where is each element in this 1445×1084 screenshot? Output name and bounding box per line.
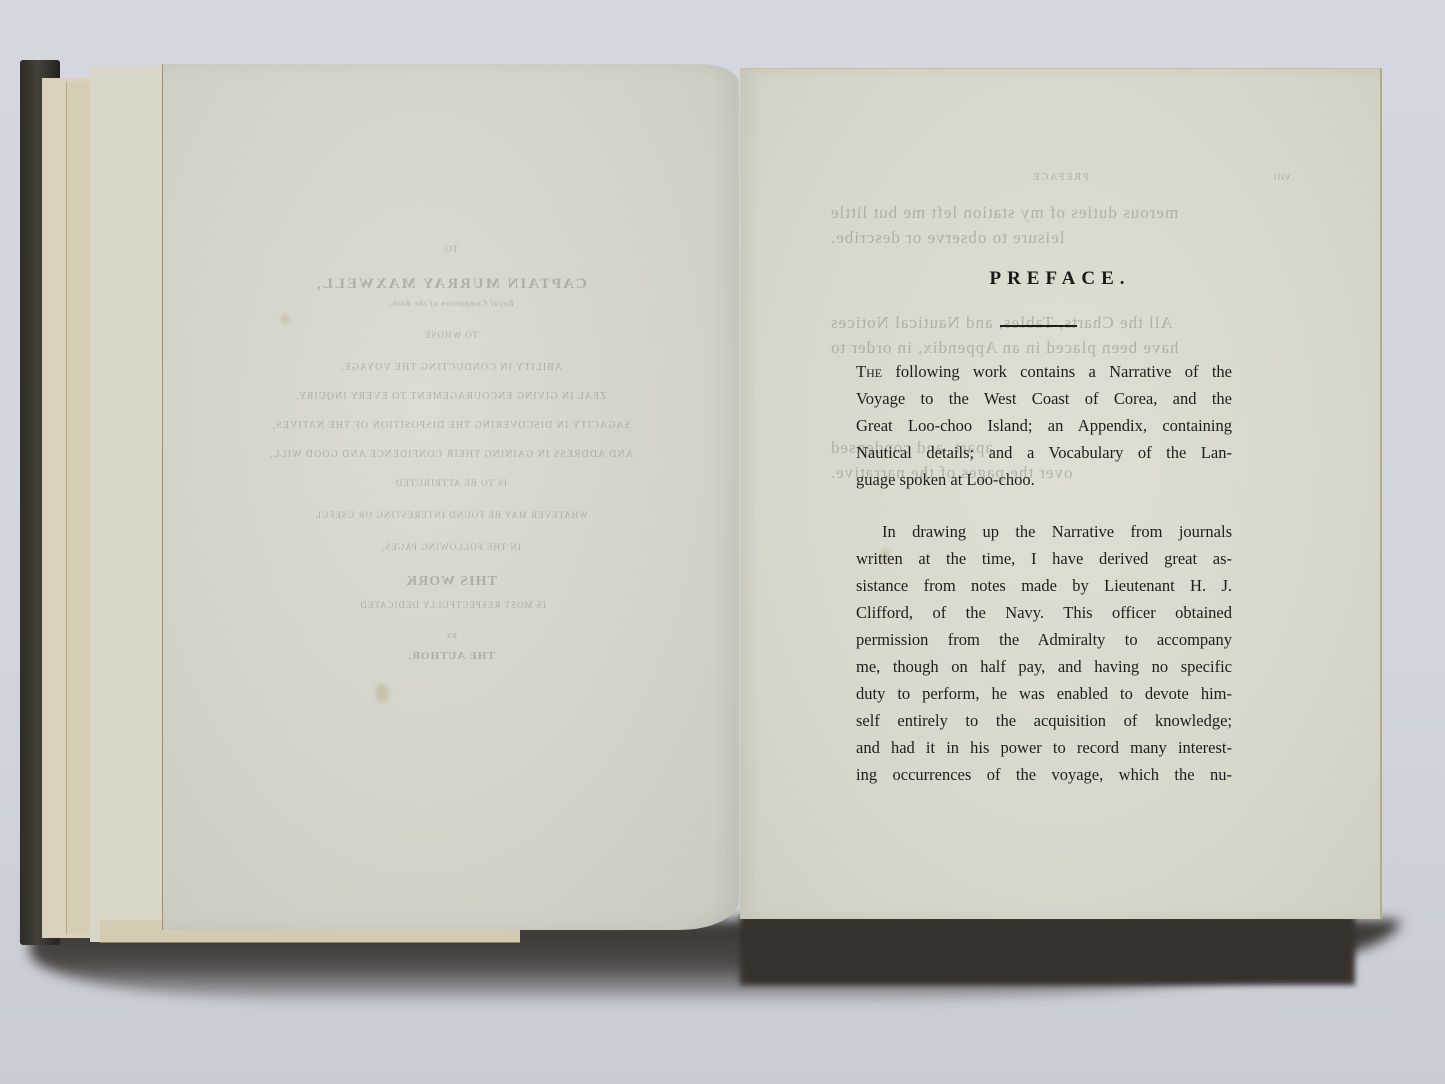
show-through-line: have been placed in an Appendix, in orde… [830, 335, 1290, 360]
dedication-author: THE AUTHOR. [163, 650, 739, 662]
show-through-line: merous duties of my station left me but … [830, 200, 1290, 225]
dedication-name: CAPTAIN MURRAY MAXWELL, [163, 276, 739, 293]
text-line: Great Loo-choo Island; an Appendix, cont… [856, 412, 1232, 439]
text-line: duty to perform, he was enabled to devot… [856, 680, 1232, 707]
text-line: Nautical details; and a Vocabulary of th… [856, 439, 1232, 466]
text-line: Voyage to the West Coast of Corea, and t… [856, 385, 1232, 412]
text-line-content: following work contains a Narrative of t… [882, 362, 1232, 381]
foxing-spot [281, 314, 289, 324]
title-rule-divider [1000, 325, 1077, 327]
right-page-shadow [740, 915, 1355, 985]
dedication-this-work: THIS WORK [163, 574, 739, 590]
text-line: and had it in his power to record many i… [856, 734, 1232, 761]
half-title-leaf [90, 66, 171, 942]
dedication-line: ZEAL IN GIVING ENCOURAGEMENT TO EVERY IN… [163, 391, 739, 402]
text-line: Clifford, of the Navy. This officer obta… [856, 599, 1232, 626]
dedication-show-through: TO CAPTAIN MURRAY MAXWELL, Royal Compani… [163, 244, 739, 662]
dedication-line: IN THE FOLLOWING PAGES, [163, 542, 739, 552]
dedication-line: IS TO BE ATTRIBUTED [163, 478, 739, 488]
right-page-preface[interactable]: viii PREFACE merous duties of my station… [740, 68, 1382, 919]
left-page-dedication[interactable]: TO CAPTAIN MURRAY MAXWELL, Royal Compani… [162, 64, 739, 930]
show-through-header: PREFACE [830, 165, 1290, 190]
small-caps-lead: The [856, 362, 882, 381]
text-line: The following work contains a Narrative … [856, 358, 1232, 385]
text-line: ing occurrences of the voyage, which the… [856, 761, 1232, 788]
foxing-spot [375, 684, 389, 702]
dedication-line: SAGACITY IN DISCOVERING THE DISPOSITION … [163, 420, 739, 431]
show-through-line: leisure to observe or describe. [830, 225, 1290, 250]
text-line: written at the time, I have derived grea… [856, 545, 1232, 572]
dedication-line: ABILITY IN CONDUCTING THE VOYAGE, [163, 362, 739, 373]
dedication-line: TO WHOSE [163, 330, 739, 340]
text-line: guage spoken at Loo-choo. [856, 466, 1232, 493]
show-through-line: All the Charts, Tables, and Nautical Not… [830, 310, 1290, 335]
dedication-line: IS MOST RESPECTFULLY DEDICATED, [163, 600, 739, 610]
text-line: me, though on half pay, and having no sp… [856, 653, 1232, 680]
text-line: self entirely to the acquisition of know… [856, 707, 1232, 734]
dedication-by: BY [163, 632, 739, 640]
dedication-line: AND ADDRESS IN GAINING THEIR CONFIDENCE … [163, 449, 739, 460]
text-line: permission from the Admiralty to accompa… [856, 626, 1232, 653]
dedication-line: WHATEVER MAY BE FOUND INTERESTING OR USE… [163, 510, 739, 520]
dedication-to: TO [163, 244, 739, 254]
dedication-honor: Royal Companion of the Bath, [163, 299, 739, 308]
preface-paragraph-2: In drawing up the Narrative from journal… [856, 518, 1232, 788]
text-line: sistance from notes made by Lieutenant H… [856, 572, 1232, 599]
page-title: PREFACE. [740, 268, 1380, 290]
show-through-page-number: viii [1273, 165, 1290, 190]
text-line: In drawing up the Narrative from journal… [856, 518, 1232, 545]
preface-paragraph-1: The following work contains a Narrative … [856, 358, 1232, 493]
